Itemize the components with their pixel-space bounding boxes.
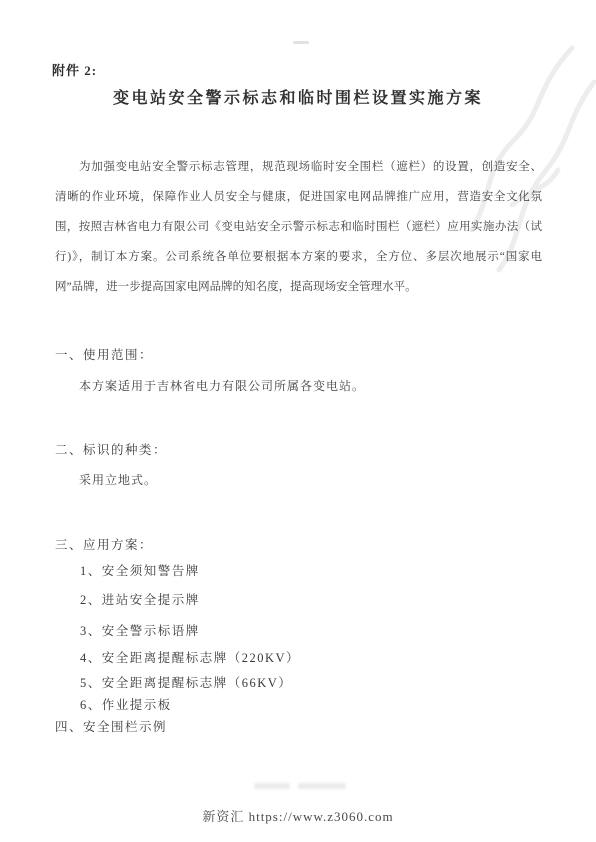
section-heading-fence-example: 四、安全围栏示例 bbox=[55, 719, 167, 735]
intro-paragraph: 为加强变电站安全警示标志管理，规范现场临时安全围栏（遮栏）的设置，创造安全、 清… bbox=[55, 152, 542, 302]
intro-line: 围，按照吉林省电力有限公司《变电站安全示警示标志和临时围栏（遮栏）应用实施办法（… bbox=[55, 212, 542, 242]
intro-line: 清晰的作业环境，保障作业人员安全与健康，促进国家电网品牌推广应用，营造安全文化氛 bbox=[55, 182, 542, 212]
document-page: 附件 2: 变电站安全警示标志和临时围栏设置实施方案 为加强变电站安全警示标志管… bbox=[0, 0, 596, 842]
footer: 新资汇 https://www.z3060.com bbox=[0, 806, 596, 825]
footer-site-name: 新资汇 bbox=[202, 809, 244, 824]
section-heading-application: 三、应用方案： bbox=[55, 537, 153, 553]
section-body-scope: 本方案适用于吉林省电力有限公司所属各变电站。 bbox=[79, 378, 365, 394]
list-item-distance-board-66kv: 5、安全距离提醒标志牌（66KV） bbox=[80, 675, 292, 691]
footer-site-link[interactable]: https://www.z3060.com bbox=[249, 809, 394, 824]
section-heading-sign-types: 二、标识的种类： bbox=[55, 442, 167, 458]
intro-line: 为加强变电站安全警示标志管理，规范现场临时安全围栏（遮栏）的设置，创造安全、 bbox=[55, 152, 542, 182]
intro-line: 网”品牌，进一步提高国家电网品牌的知名度，提高现场安全管理水平。 bbox=[55, 272, 542, 302]
list-item-station-entry-board: 2、进站安全提示牌 bbox=[80, 592, 200, 608]
list-item-work-tip-board: 6、作业提示板 bbox=[80, 697, 172, 713]
list-item-warning-slogan-board: 3、安全警示标语牌 bbox=[80, 623, 200, 639]
intro-line: 行)》，制订本方案。公司系统各单位要根据本方案的要求，全方位、多层次地展示“国家… bbox=[55, 242, 542, 272]
section-body-sign-types: 采用立地式。 bbox=[79, 472, 157, 488]
list-item-distance-board-220kv: 4、安全距离提醒标志牌（220KV） bbox=[80, 650, 300, 666]
attachment-label: 附件 2: bbox=[52, 60, 97, 79]
list-item-safety-notice-board: 1、安全须知警告牌 bbox=[80, 563, 200, 579]
page-title: 变电站安全警示标志和临时围栏设置实施方案 bbox=[0, 85, 596, 108]
faint-footer-smudge bbox=[254, 783, 354, 791]
faint-top-smudge bbox=[293, 41, 309, 44]
section-heading-scope: 一、使用范围： bbox=[55, 347, 153, 363]
